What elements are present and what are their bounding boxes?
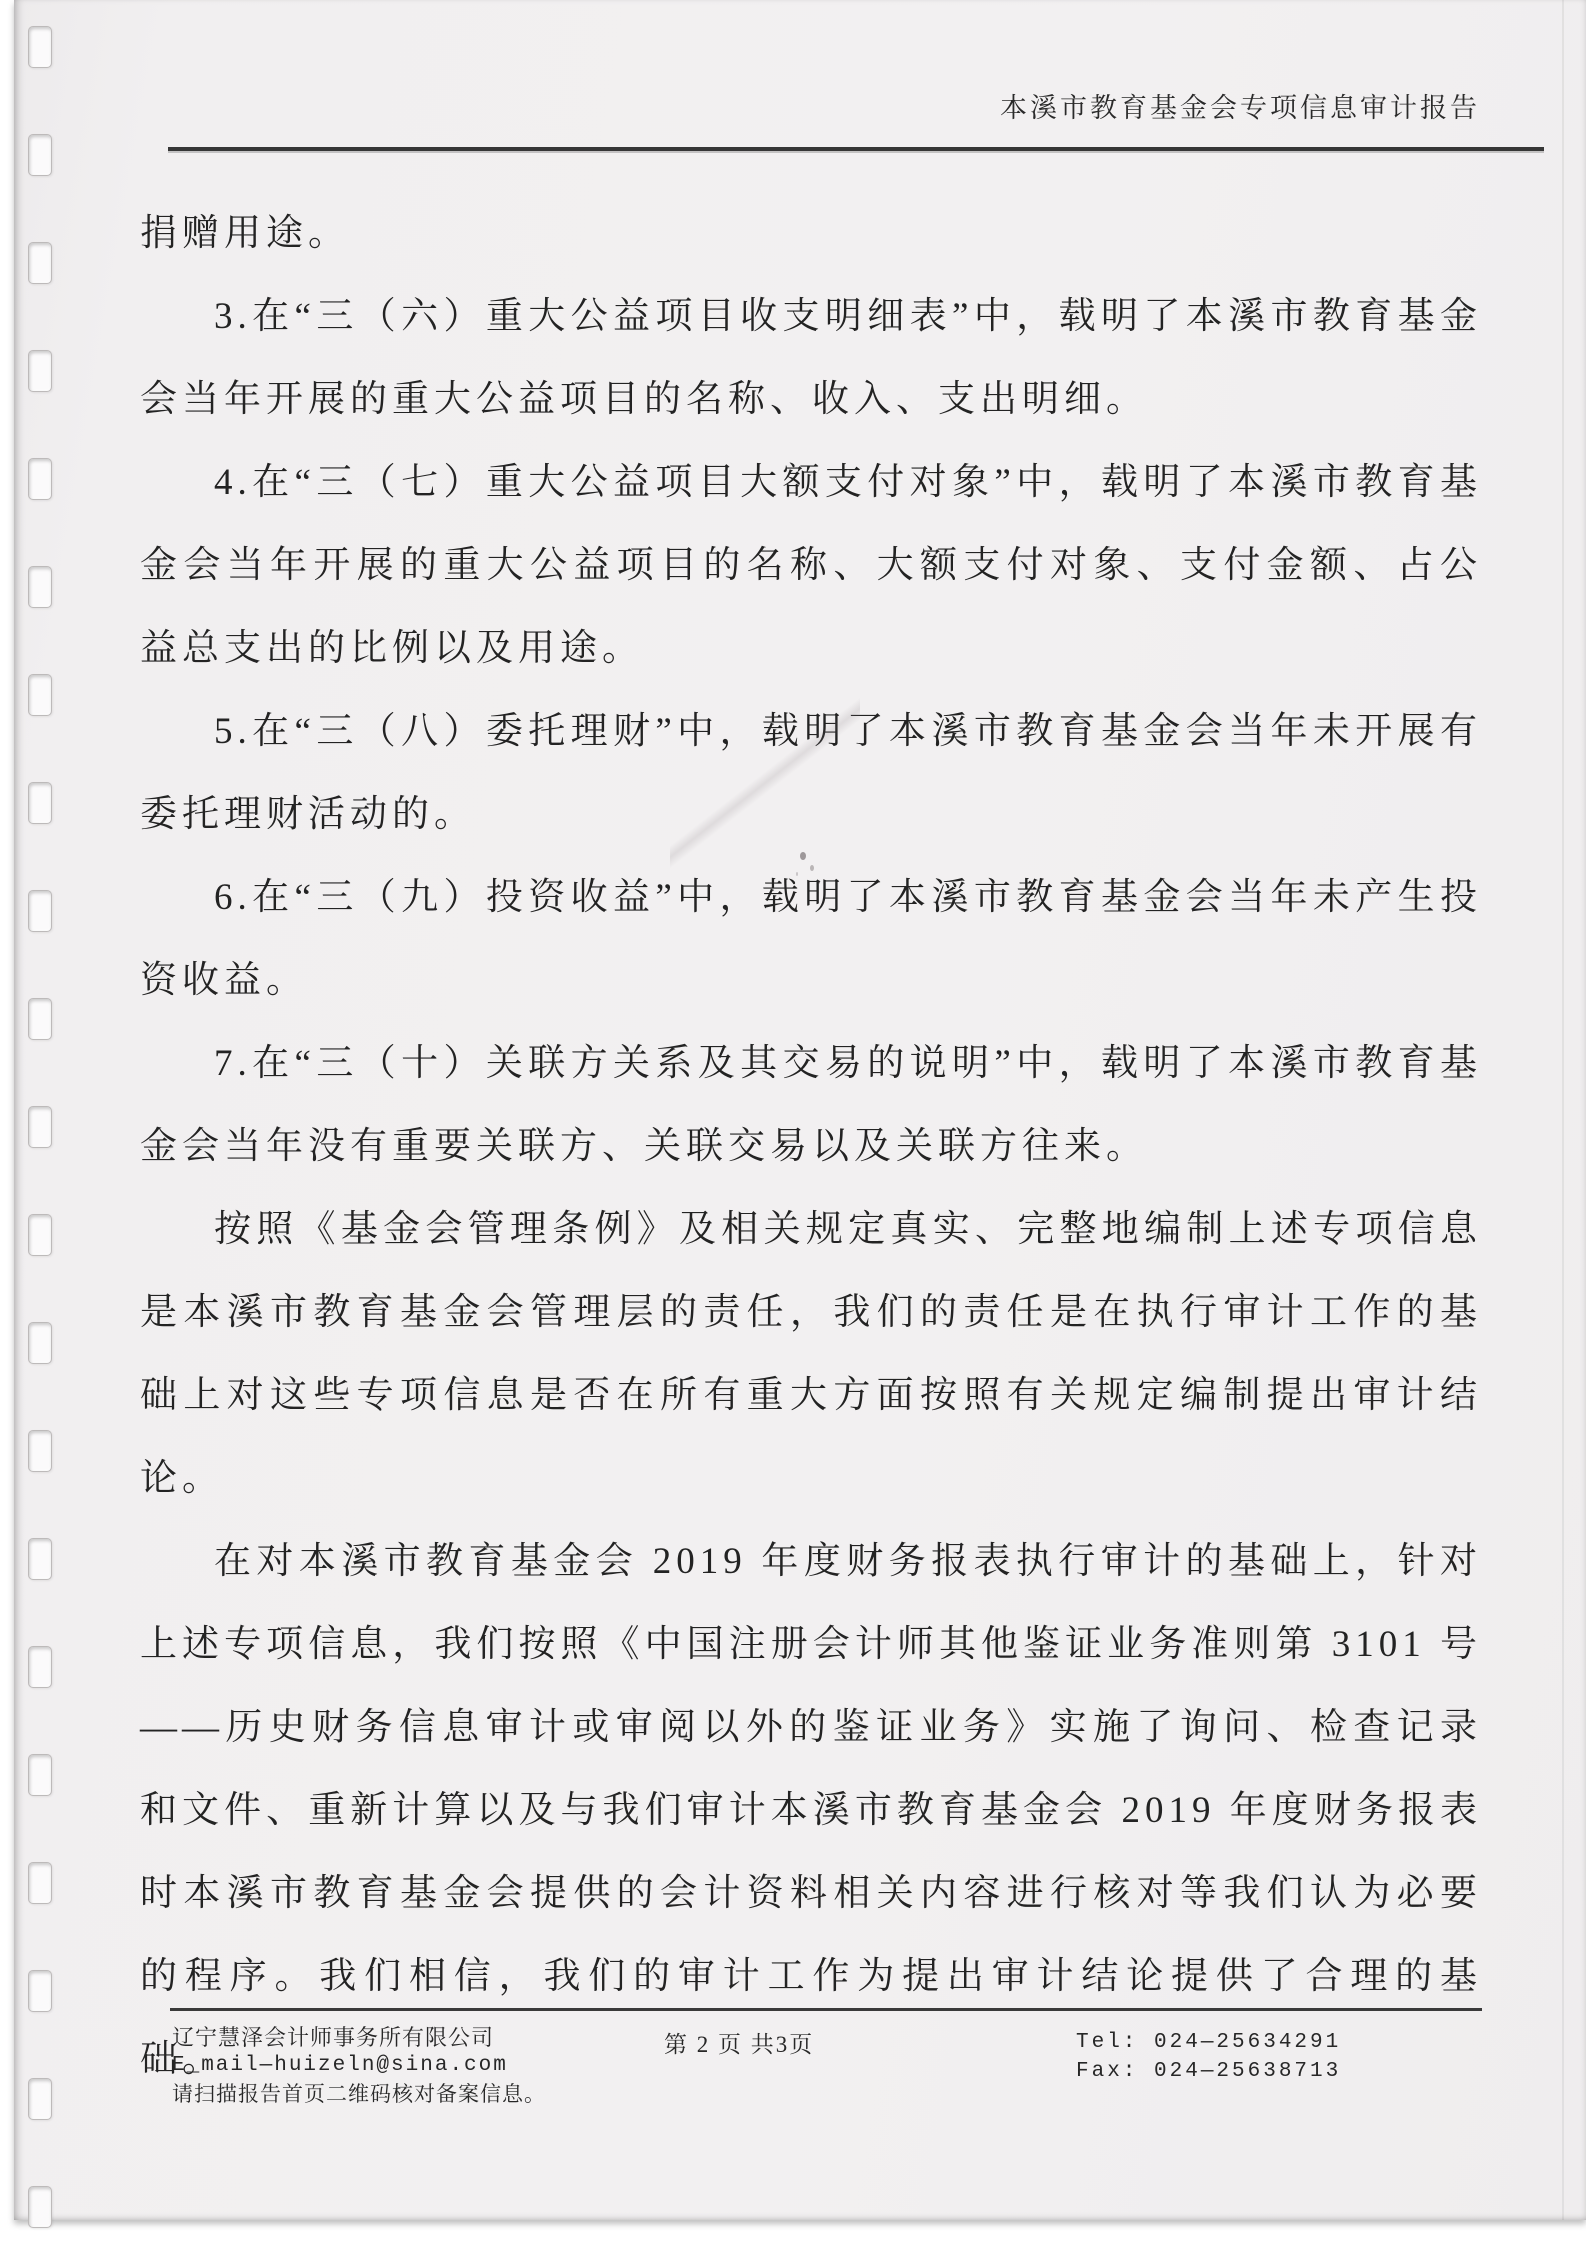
binding-hole <box>28 1322 52 1364</box>
body-text: 捐赠用途。3.在“三（六）重大公益项目收支明细表”中，载明了本溪市教育基金会当年… <box>140 192 1482 2101</box>
binding-hole <box>28 1970 52 2012</box>
footer-tel: Tel: 024—25634291 <box>1076 2028 1341 2057</box>
paragraph: 6.在“三（九）投资收益”中，载明了本溪市教育基金会当年未产生投资收益。 <box>140 856 1482 1022</box>
footer-contact-block: Tel: 024—25634291 Fax: 024—25638713 <box>1076 2028 1341 2086</box>
footer-email: E_mail—huizeln@sina.com <box>172 2052 546 2080</box>
footer-left-block: 辽宁慧泽会计师事务所有限公司 E_mail—huizeln@sina.com 请… <box>172 2024 546 2108</box>
paragraph: 捐赠用途。 <box>140 192 1482 275</box>
binding-hole <box>28 242 52 284</box>
binding-hole <box>28 1538 52 1580</box>
binding-hole <box>28 1862 52 1904</box>
binding-holes <box>0 0 90 2242</box>
binding-hole <box>28 2186 52 2228</box>
scanned-page: 本溪市教育基金会专项信息审计报告 捐赠用途。3.在“三（六）重大公益项目收支明细… <box>0 0 1586 2242</box>
header-rule <box>168 147 1544 151</box>
scan-edge-line <box>1562 0 1564 2220</box>
paragraph: 5.在“三（八）委托理财”中，载明了本溪市教育基金会当年未开展有委托理财活动的。 <box>140 690 1482 856</box>
binding-hole <box>28 1214 52 1256</box>
binding-hole <box>28 1430 52 1472</box>
binding-hole <box>28 782 52 824</box>
paragraph: 在对本溪市教育基金会 2019 年度财务报表执行审计的基础上，针对上述专项信息，… <box>140 1520 1482 2101</box>
header-report-title: 本溪市教育基金会专项信息审计报告 <box>1000 86 1480 125</box>
binding-hole <box>28 566 52 608</box>
footer-qr-note: 请扫描报告首页二维码核对备案信息。 <box>172 2080 546 2108</box>
binding-hole <box>28 26 52 68</box>
paragraph: 按照《基金会管理条例》及相关规定真实、完整地编制上述专项信息是本溪市教育基金会管… <box>140 1188 1482 1520</box>
binding-hole <box>28 890 52 932</box>
footer-page-indicator: 第 2 页 共3页 <box>664 2026 814 2059</box>
paragraph: 3.在“三（六）重大公益项目收支明细表”中，载明了本溪市教育基金会当年开展的重大… <box>140 275 1482 441</box>
binding-hole <box>28 1106 52 1148</box>
footer-rule <box>170 2008 1482 2011</box>
paragraph: 7.在“三（十）关联方关系及其交易的说明”中，载明了本溪市教育基金会当年没有重要… <box>140 1022 1482 1188</box>
binding-hole <box>28 134 52 176</box>
binding-hole <box>28 1646 52 1688</box>
paragraph: 4.在“三（七）重大公益项目大额支付对象”中，载明了本溪市教育基金会当年开展的重… <box>140 441 1482 690</box>
footer-fax: Fax: 024—25638713 <box>1076 2057 1341 2086</box>
binding-hole <box>28 674 52 716</box>
binding-hole <box>28 2078 52 2120</box>
binding-hole <box>28 458 52 500</box>
binding-hole <box>28 350 52 392</box>
binding-hole <box>28 1754 52 1796</box>
paper-speck <box>800 852 806 860</box>
binding-hole <box>28 998 52 1040</box>
footer-firm-name: 辽宁慧泽会计师事务所有限公司 <box>172 2024 546 2052</box>
